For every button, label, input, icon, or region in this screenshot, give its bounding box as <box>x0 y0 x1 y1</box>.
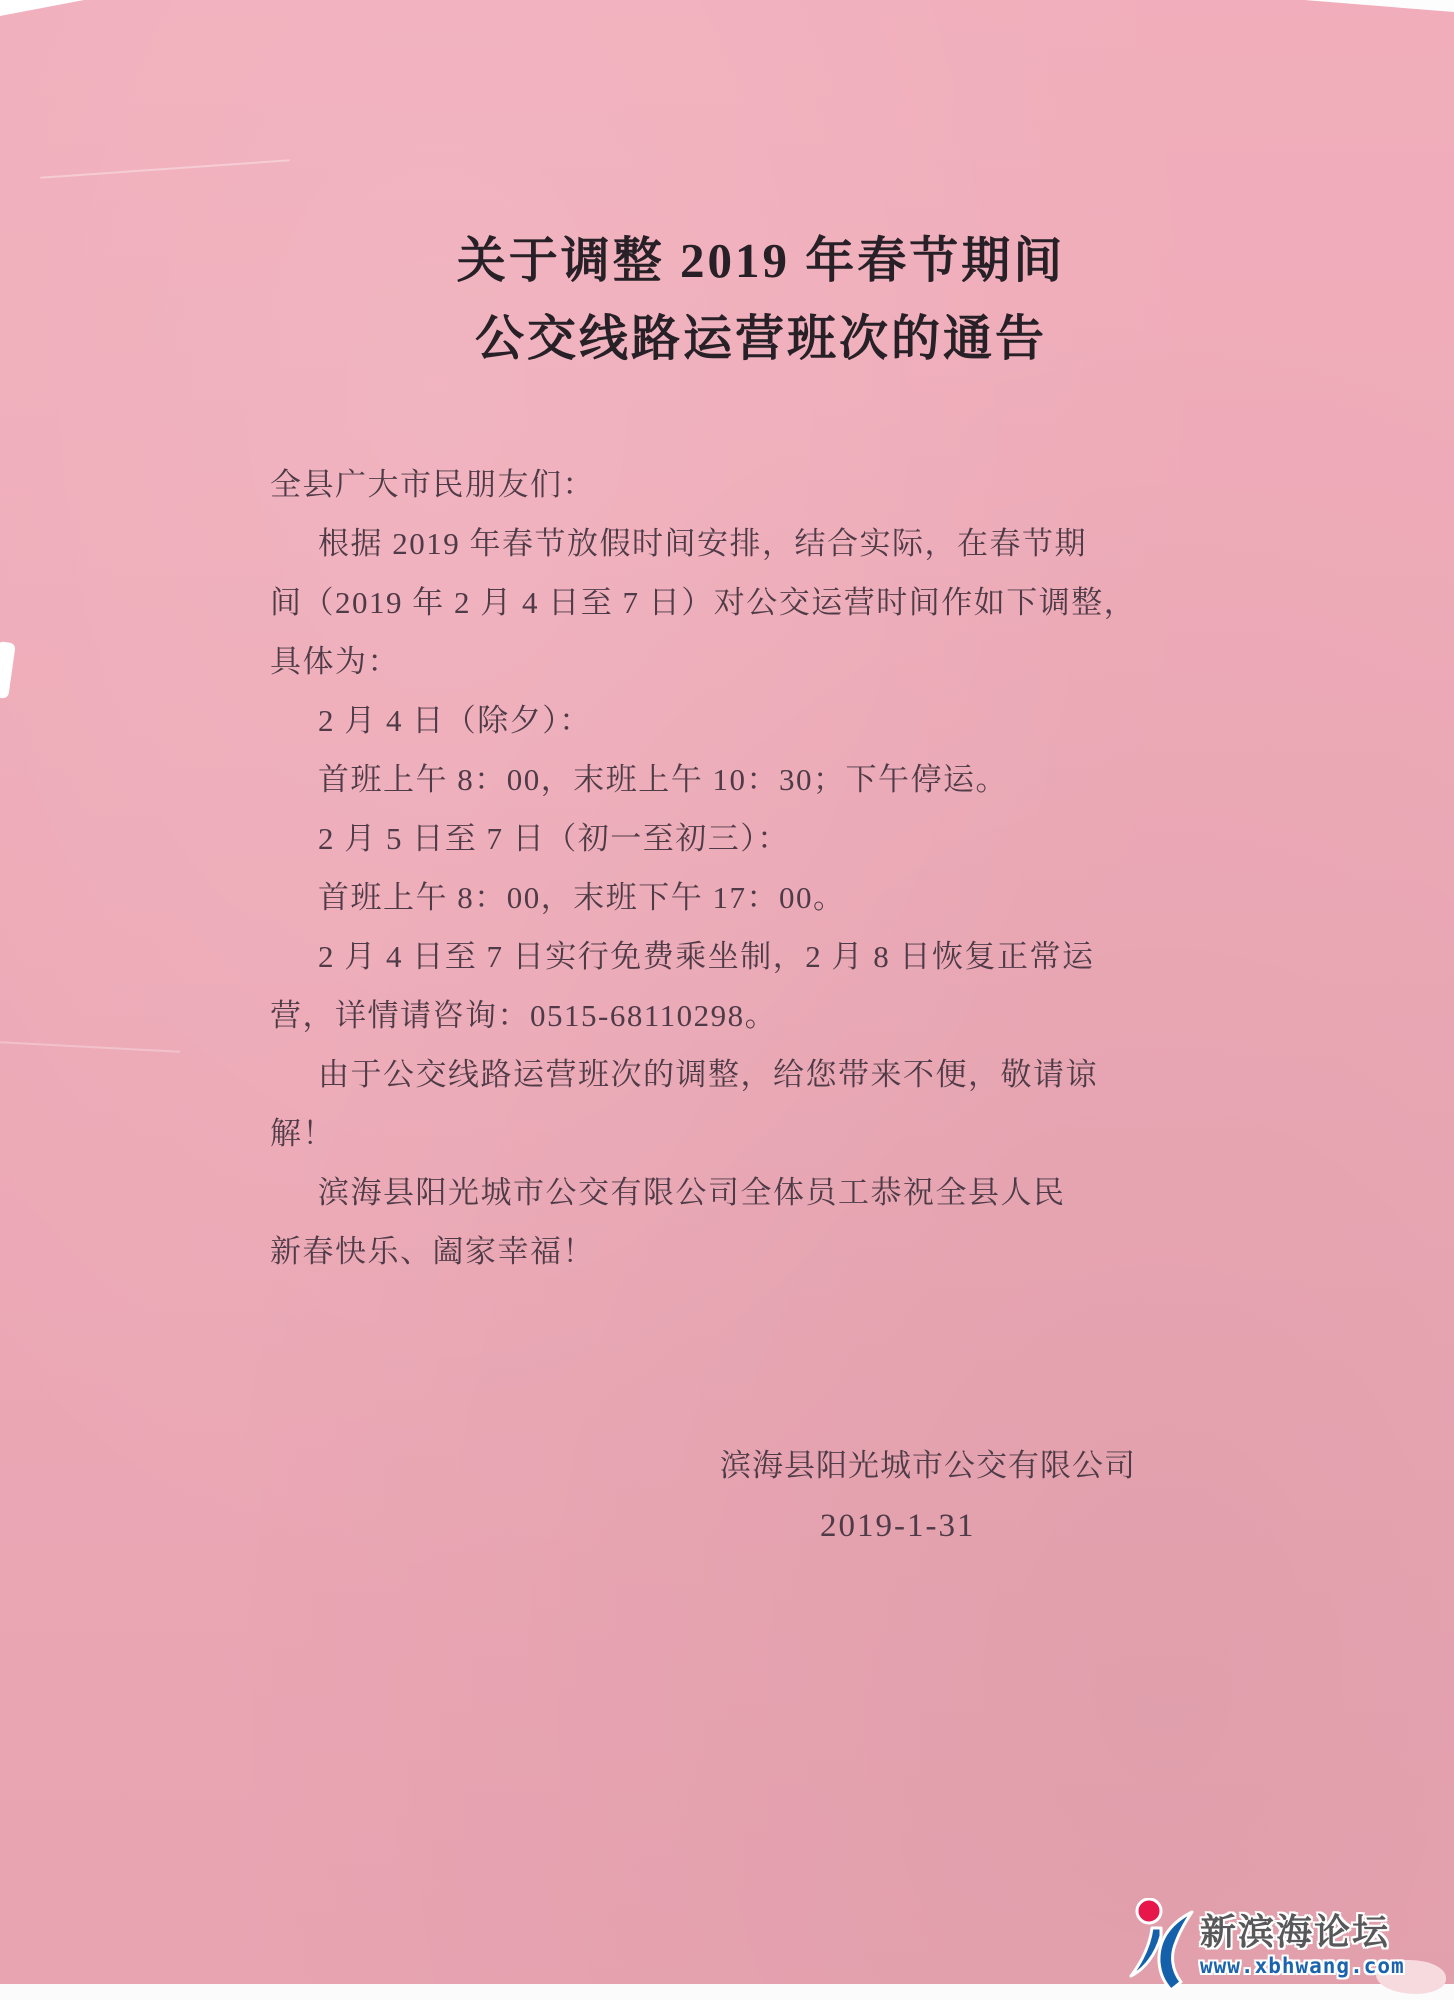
body-line: 间（2019 年 2 月 4 日至 7 日）对公交运营时间作如下调整， <box>270 573 1036 632</box>
body-line: 具体为： <box>270 632 1036 691</box>
body-line-schedule: 首班上午 8：00，末班下午 17：00。 <box>270 868 1036 927</box>
body-line-schedule: 2 月 4 日（除夕）： <box>270 691 1036 750</box>
body-line-schedule: 首班上午 8：00，末班上午 10：30；下午停运。 <box>270 750 1036 809</box>
signature-date: 2019-1-31 <box>820 1508 975 1545</box>
notice-title: 关于调整 2019 年春节期间 公交线路运营班次的通告 <box>34 222 1454 378</box>
forum-watermark: 新滨海论坛 www.xbhwang.com <box>1128 1898 1448 1990</box>
body-line-phone: 营，详情请咨询：0515-68110298。 <box>270 986 1036 1045</box>
watermark-site-name: 新滨海论坛 <box>1200 1912 1405 1952</box>
watermark-text: 新滨海论坛 www.xbhwang.com <box>1200 1898 1405 1978</box>
body-line: 根据 2019 年春节放假时间安排，结合实际，在春节期 <box>270 514 1036 573</box>
signature-company: 滨海县阳光城市公交有限公司 <box>720 1440 1136 1485</box>
notice-title-line2: 公交线路运营班次的通告 <box>34 300 1454 378</box>
body-line-schedule: 2 月 5 日至 7 日（初一至初三）： <box>270 809 1036 868</box>
body-line-salutation: 全县广大市民朋友们： <box>270 455 1036 514</box>
body-line: 由于公交线路运营班次的调整，给您带来不便，敬请谅 <box>270 1045 1036 1104</box>
body-line: 解！ <box>270 1104 1036 1163</box>
notice-title-line1: 关于调整 2019 年春节期间 <box>34 222 1454 300</box>
watermark-site-url: www.xbhwang.com <box>1200 1954 1405 1978</box>
body-line-greeting: 滨海县阳光城市公交有限公司全体员工恭祝全县人民 <box>270 1163 1036 1222</box>
xbh-logo-icon <box>1128 1898 1196 1990</box>
body-line-greeting: 新春快乐、阖家幸福！ <box>270 1222 1036 1281</box>
body-line: 2 月 4 日至 7 日实行免费乘坐制，2 月 8 日恢复正常运 <box>270 927 1036 986</box>
notice-body: 全县广大市民朋友们： 根据 2019 年春节放假时间安排，结合实际，在春节期 间… <box>270 455 1036 1281</box>
scanned-notice-page: 关于调整 2019 年春节期间 公交线路运营班次的通告 全县广大市民朋友们： 根… <box>0 0 1454 2000</box>
